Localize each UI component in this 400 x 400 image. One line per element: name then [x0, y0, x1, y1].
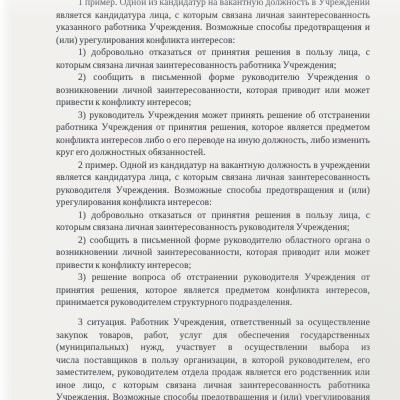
- text-line: заместителем, руководителем отдела прода…: [56, 367, 370, 380]
- text-line: 1) добровольно отказаться от принятия ре…: [56, 210, 370, 223]
- text-line: является кандидатура лица, с которым свя…: [56, 10, 370, 23]
- text-line: которым связана личная заинтересованност…: [56, 60, 370, 73]
- text-line: 2) сообщить в письменной форме руководит…: [56, 235, 370, 248]
- text-line: 2 пример. Одной из кандидатур на вакантн…: [56, 160, 370, 173]
- text-line: (муниципальных) нужд, участвует в осущес…: [56, 342, 370, 355]
- text-line: закупок товаров, работ, услуг для обеспе…: [56, 330, 370, 343]
- text-line: 1) добровольно отказаться от принятия ре…: [56, 47, 370, 60]
- text-line: возникновении личной заинтересованности,…: [56, 85, 370, 98]
- text-line: урегулирования конфликта интересов:: [56, 197, 370, 210]
- text-line: которым связана личная заинтересованност…: [56, 222, 370, 235]
- text-line: 3 ситуация. Работник Учреждения, ответст…: [56, 317, 370, 330]
- text-line: принятия решения, которое является предм…: [56, 285, 370, 298]
- scanned-document-page: 1 пример. Одной из кандидатур на вакантн…: [0, 0, 400, 400]
- text-line: 2) сообщить в письменной форме руководит…: [56, 72, 370, 85]
- text-line: иное лицо, с которым связана личная заин…: [56, 380, 370, 393]
- text-line: (или) урегулирования конфликта интересов…: [56, 35, 370, 48]
- text-line: руководителя Учреждения. Возможные спосо…: [56, 185, 370, 198]
- text-line: работника Учреждения от принятия решения…: [56, 122, 370, 135]
- text-line: принимается руководителем структурного п…: [56, 297, 370, 310]
- text-line: привести к конфликту интересов;: [56, 260, 370, 273]
- text-line: указанного работника Учреждения. Возможн…: [56, 22, 370, 35]
- text-line: конфликта интересов либо о его переводе …: [56, 135, 370, 148]
- text-line: привести к конфликту интересов;: [56, 97, 370, 110]
- text-line: круг его должностных обязанностей.: [56, 147, 370, 160]
- text-line: числа поставщиков в пользу организации, …: [56, 355, 370, 368]
- text-line: Учреждения. Возможные способы предотвращ…: [56, 392, 370, 400]
- text-line: 3) решение вопроса об отстранении руково…: [56, 272, 370, 285]
- text-line: 1 пример. Одной из кандидатур на вакантн…: [56, 0, 370, 10]
- text-line: возникновении личной заинтересованности,…: [56, 247, 370, 260]
- document-text: 1 пример. Одной из кандидатур на вакантн…: [56, 0, 370, 400]
- text-line: является кандидатура лица, с которым свя…: [56, 172, 370, 185]
- paragraph-gap: [56, 310, 370, 318]
- text-line: 3) руководитель Учреждения может принять…: [56, 110, 370, 123]
